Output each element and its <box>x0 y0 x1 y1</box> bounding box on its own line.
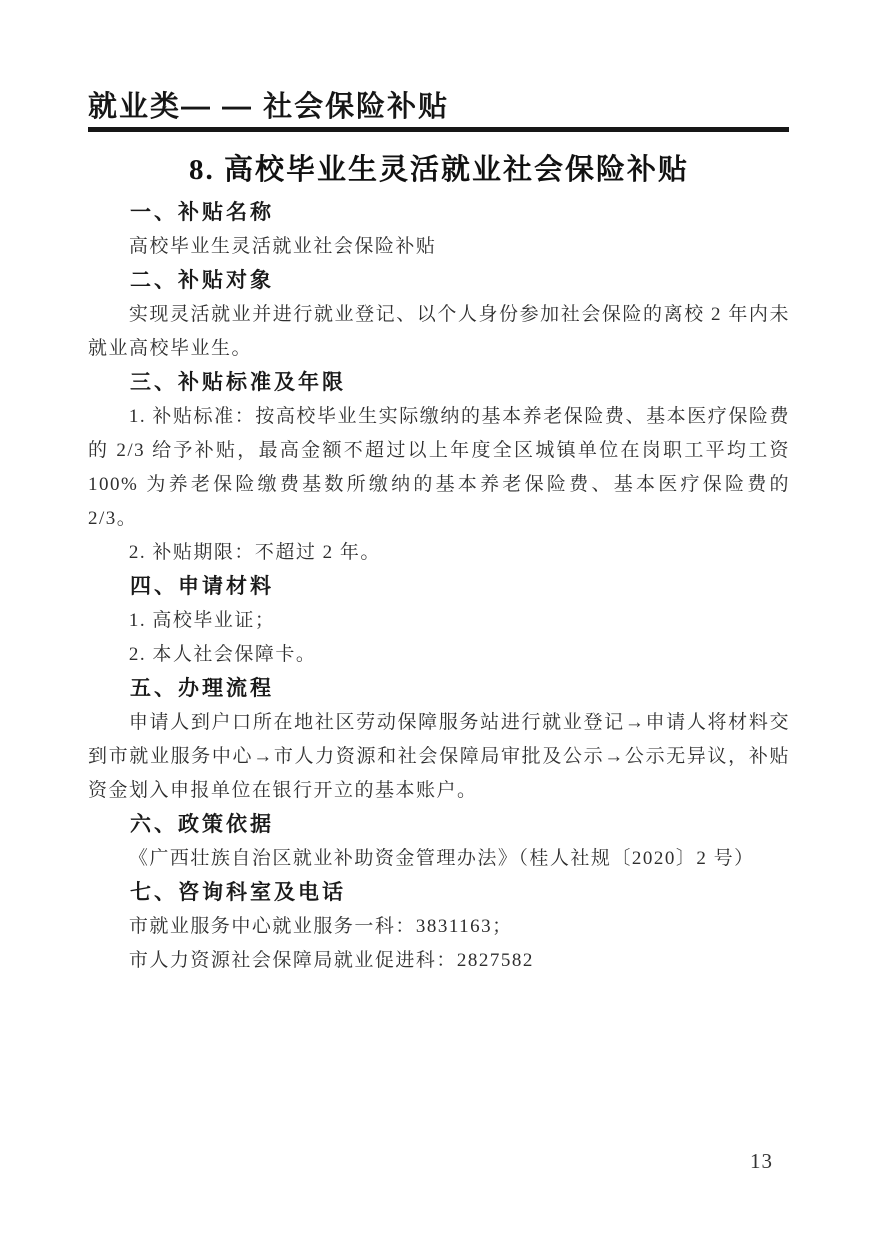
section-heading: 三、补贴标准及年限 <box>88 366 790 400</box>
header-rule <box>88 127 789 132</box>
section-paragraph: 1. 高校毕业证； <box>88 604 790 638</box>
section-subsidy-name: 一、补贴名称 高校毕业生灵活就业社会保险补贴 <box>88 196 790 264</box>
document-title: 8. 高校毕业生灵活就业社会保险补贴 <box>88 147 790 188</box>
section-contact: 七、咨询科室及电话 市就业服务中心就业服务一科：3831163； 市人力资源社会… <box>88 876 790 978</box>
section-paragraph: 实现灵活就业并进行就业登记、以个人身份参加社会保险的离校 2 年内未就业高校毕业… <box>88 298 790 366</box>
section-subsidy-standard: 三、补贴标准及年限 1. 补贴标准：按高校毕业生实际缴纳的基本养老保险费、基本医… <box>88 366 790 570</box>
section-paragraph: 申请人到户口所在地社区劳动保障服务站进行就业登记→申请人将材料交到市就业服务中心… <box>88 706 790 808</box>
section-paragraph: 《广西壮族自治区就业补助资金管理办法》（桂人社规〔2020〕2 号） <box>88 842 790 876</box>
section-paragraph: 市人力资源社会保障局就业促进科：2827582 <box>88 944 790 978</box>
section-paragraph: 2. 补贴期限：不超过 2 年。 <box>88 536 790 570</box>
section-policy-basis: 六、政策依据 《广西壮族自治区就业补助资金管理办法》（桂人社规〔2020〕2 号… <box>88 808 790 876</box>
section-paragraph: 2. 本人社会保障卡。 <box>88 638 790 672</box>
section-heading: 二、补贴对象 <box>88 264 790 298</box>
section-subsidy-target: 二、补贴对象 实现灵活就业并进行就业登记、以个人身份参加社会保险的离校 2 年内… <box>88 264 790 366</box>
section-paragraph: 市就业服务中心就业服务一科：3831163； <box>88 910 790 944</box>
section-heading: 一、补贴名称 <box>88 196 790 230</box>
section-paragraph: 高校毕业生灵活就业社会保险补贴 <box>88 230 790 264</box>
document-page: 就业类— — 社会保险补贴 8. 高校毕业生灵活就业社会保险补贴 一、补贴名称 … <box>0 0 875 1241</box>
section-application-materials: 四、申请材料 1. 高校毕业证； 2. 本人社会保障卡。 <box>88 570 790 672</box>
section-process: 五、办理流程 申请人到户口所在地社区劳动保障服务站进行就业登记→申请人将材料交到… <box>88 672 790 808</box>
section-heading: 四、申请材料 <box>88 570 790 604</box>
category-header: 就业类— — 社会保险补贴 <box>88 84 790 125</box>
section-heading: 七、咨询科室及电话 <box>88 876 790 910</box>
section-heading: 五、办理流程 <box>88 672 790 706</box>
section-paragraph: 1. 补贴标准：按高校毕业生实际缴纳的基本养老保险费、基本医疗保险费的 2/3 … <box>88 400 790 536</box>
document-body: 一、补贴名称 高校毕业生灵活就业社会保险补贴 二、补贴对象 实现灵活就业并进行就… <box>88 196 790 978</box>
page-number: 13 <box>750 1149 773 1174</box>
section-heading: 六、政策依据 <box>88 808 790 842</box>
